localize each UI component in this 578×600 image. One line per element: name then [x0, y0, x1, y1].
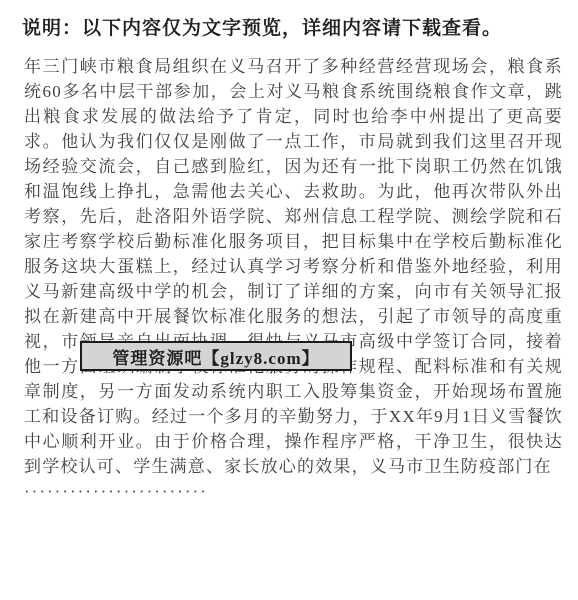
preview-notice: 说明：以下内容仅为文字预览，详细内容请下载查看。 [22, 16, 563, 42]
truncation-dots: ························ [24, 479, 563, 504]
watermark-badge: 管理资源吧【glzy8.com】 [80, 341, 352, 371]
preview-page: 说明：以下内容仅为文字预览，详细内容请下载查看。 年三门峡市粮食局组织在义马召开… [0, 0, 578, 600]
document-paragraph: 年三门峡市粮食局组织在义马召开了多种经营经营现场会，粮食系统60多名中层干部参加… [24, 54, 563, 479]
